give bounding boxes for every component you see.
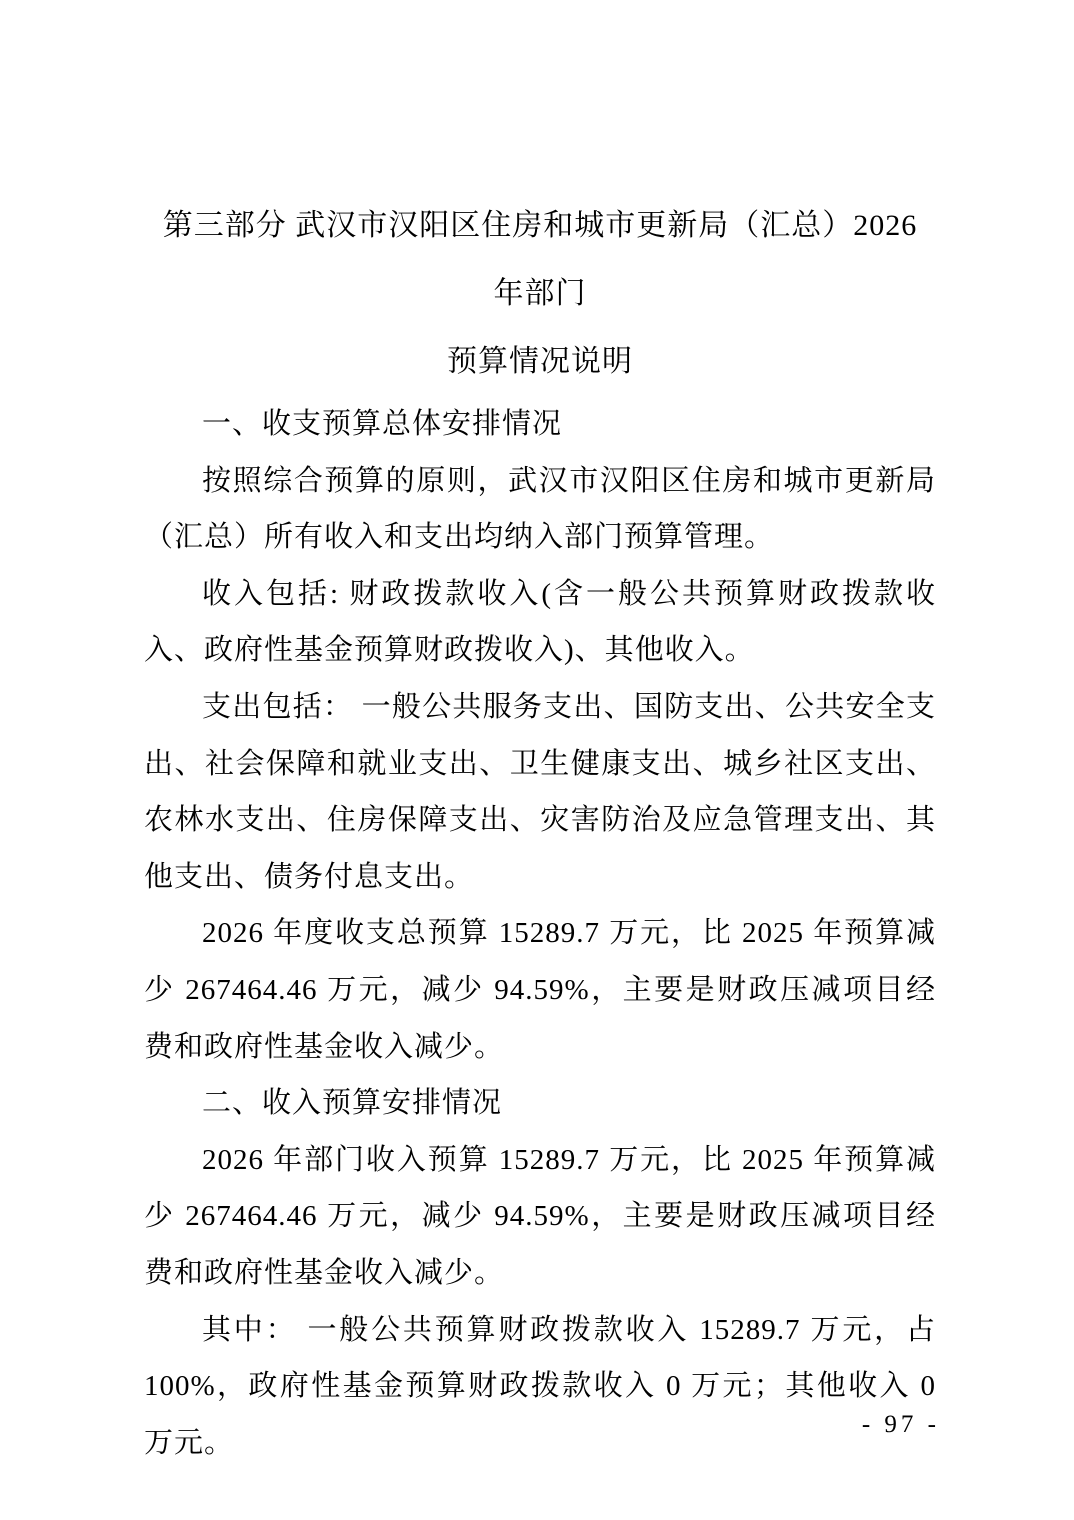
document-title-line2: 预算情况说明 [144,328,936,396]
paragraph-department-income-budget: 2026 年部门收入预算 15289.7 万元，比 2025 年预算减少 267… [144,1132,936,1302]
document-title: 第三部分 武汉市汉阳区住房和城市更新局（汇总）2026 年部门 预算情况说明 [144,192,936,396]
section-heading-revenue-expenditure-overview: 一、收支预算总体安排情况 [144,396,936,453]
paragraph-income-includes: 收入包括: 财政拨款收入(含一般公共预算财政拨款收入、政府性基金预算财政拨收入)… [144,566,936,679]
document-title-line1: 第三部分 武汉市汉阳区住房和城市更新局（汇总）2026 年部门 [144,192,936,328]
document-body: 一、收支预算总体安排情况 按照综合预算的原则，武汉市汉阳区住房和城市更新局（汇总… [144,396,936,1471]
paragraph-expenditure-includes: 支出包括： 一般公共服务支出、国防支出、公共安全支出、社会保障和就业支出、卫生健… [144,679,936,905]
section-heading-income-budget-arrangement: 二、收入预算安排情况 [144,1075,936,1132]
paragraph-budget-principle: 按照综合预算的原则，武汉市汉阳区住房和城市更新局（汇总）所有收入和支出均纳入部门… [144,453,936,566]
document-page: 第三部分 武汉市汉阳区住房和城市更新局（汇总）2026 年部门 预算情况说明 一… [0,0,1074,1520]
page-number: - 97 - [862,1405,940,1445]
paragraph-income-breakdown: 其中： 一般公共预算财政拨款收入 15289.7 万元，占 100%，政府性基金… [144,1302,936,1472]
paragraph-total-budget-2026: 2026 年度收支总预算 15289.7 万元，比 2025 年预算减少 267… [144,905,936,1075]
